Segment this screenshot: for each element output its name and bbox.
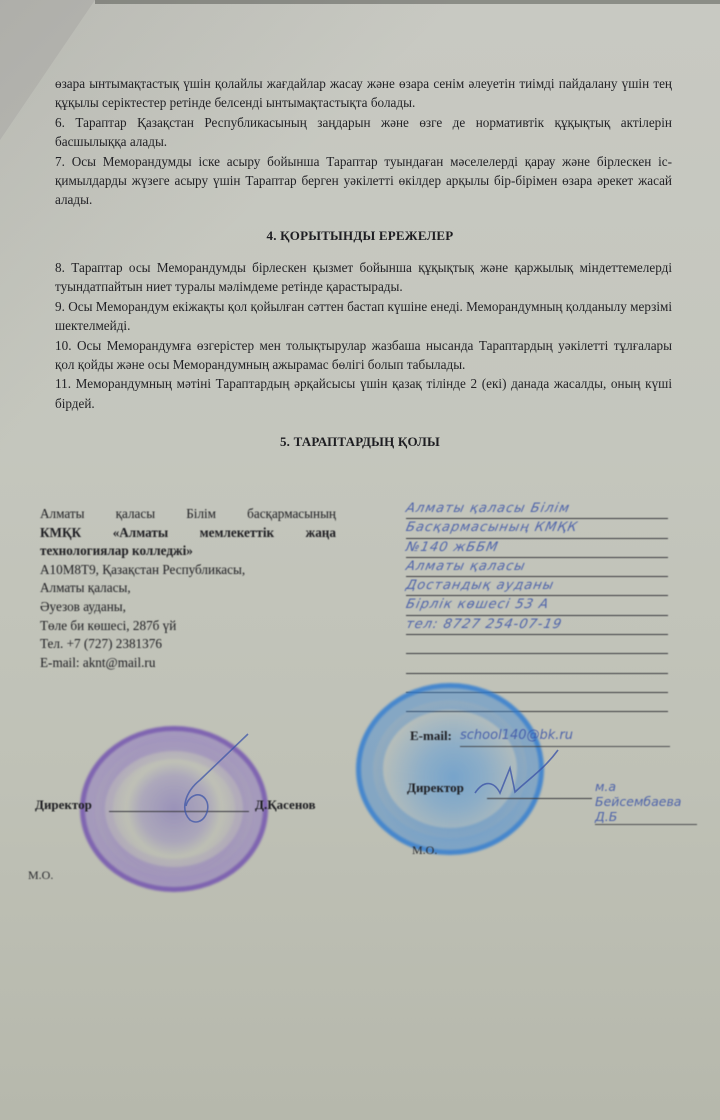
blank-line bbox=[406, 693, 668, 712]
paragraph-8: 8. Тараптар осы Меморандумды бірлескен қ… bbox=[55, 258, 672, 297]
director-label: Директор bbox=[407, 780, 464, 795]
director-name: м.а Бейсембаева Д.Б bbox=[595, 779, 697, 825]
right-email-row: E-mail: school140@bk.ru bbox=[410, 728, 670, 744]
signature-line bbox=[109, 811, 249, 812]
right-director-row: Директор м.а Бейсембаева Д.Б bbox=[407, 780, 697, 796]
left-director-row: Директор Д.Қасенов bbox=[35, 797, 315, 813]
email-value: school140@bk.ru bbox=[460, 728, 670, 747]
signature-line bbox=[487, 780, 592, 799]
handwritten-line: Достандық ауданы bbox=[406, 577, 668, 596]
address-line-1: A10M8T9, Қазақстан Республикасы, bbox=[40, 561, 336, 580]
email: E-mail: aknt@mail.ru bbox=[40, 654, 336, 673]
blank-line bbox=[406, 635, 668, 654]
top-paragraphs: өзара ынтымақтастық үшін қолайлы жағдайл… bbox=[55, 74, 672, 210]
section-4-heading: 4. ҚОРЫТЫНДЫ ЕРЕЖЕЛЕР bbox=[0, 228, 720, 244]
blank-line bbox=[406, 674, 668, 693]
address-line-4: Төле би көшесі, 287б үй bbox=[40, 617, 336, 636]
paragraph-10: 10. Осы Меморандумға өзгерістер мен толы… bbox=[55, 336, 672, 375]
page-edge bbox=[95, 0, 720, 4]
section-5-heading: 5. ТАРАПТАРДЫҢ ҚОЛЫ bbox=[0, 434, 720, 450]
paragraph-11: 11. Меморандумның мәтіні Тараптардың әрқ… bbox=[55, 374, 672, 413]
org-line-3: технологиялар колледжі» bbox=[40, 542, 336, 561]
paragraph-7: 7. Осы Меморандумды іске асыру бойынша Т… bbox=[55, 152, 672, 210]
phone: Тел. +7 (727) 2381376 bbox=[40, 635, 336, 654]
address-line-2: Алматы қаласы, bbox=[40, 579, 336, 598]
handwritten-line: Басқармасының КМҚК bbox=[406, 519, 668, 538]
handwritten-line: Бірлік көшесі 53 А bbox=[406, 596, 668, 615]
director-label: Директор bbox=[35, 797, 92, 812]
handwritten-line: №140 жББМ bbox=[406, 539, 668, 558]
email-label: E-mail: bbox=[410, 728, 452, 743]
left-signature-icon bbox=[140, 730, 250, 830]
handwritten-line: Алматы қаласы Білім bbox=[406, 500, 668, 519]
right-party-details: Алматы қаласы Білім Басқармасының КМҚК №… bbox=[406, 500, 668, 712]
org-line-2: КМҚК «Алматы мемлекеттік жаңа bbox=[40, 524, 336, 543]
paragraph-continuation: өзара ынтымақтастық үшін қолайлы жағдайл… bbox=[55, 74, 672, 113]
handwritten-line: Алматы қаласы bbox=[406, 558, 668, 577]
blank-line bbox=[406, 654, 668, 673]
left-party-details: Алматы қаласы Білім басқармасының КМҚК «… bbox=[40, 505, 336, 672]
paragraph-9: 9. Осы Меморандум екіжақты қол қойылған … bbox=[55, 297, 672, 336]
org-line-1: Алматы қаласы Білім басқармасының bbox=[40, 505, 336, 524]
section-4-body: 8. Тараптар осы Меморандумды бірлескен қ… bbox=[55, 258, 672, 413]
handwritten-line: тел: 8727 254-07-19 bbox=[406, 616, 668, 635]
director-name: Д.Қасенов bbox=[255, 797, 316, 813]
left-stamp-label: М.О. bbox=[28, 868, 53, 883]
right-stamp-label: М.О. bbox=[412, 843, 437, 858]
paragraph-6: 6. Тараптар Қазақстан Республикасының за… bbox=[55, 113, 672, 152]
address-line-3: Әуезов ауданы, bbox=[40, 598, 336, 617]
